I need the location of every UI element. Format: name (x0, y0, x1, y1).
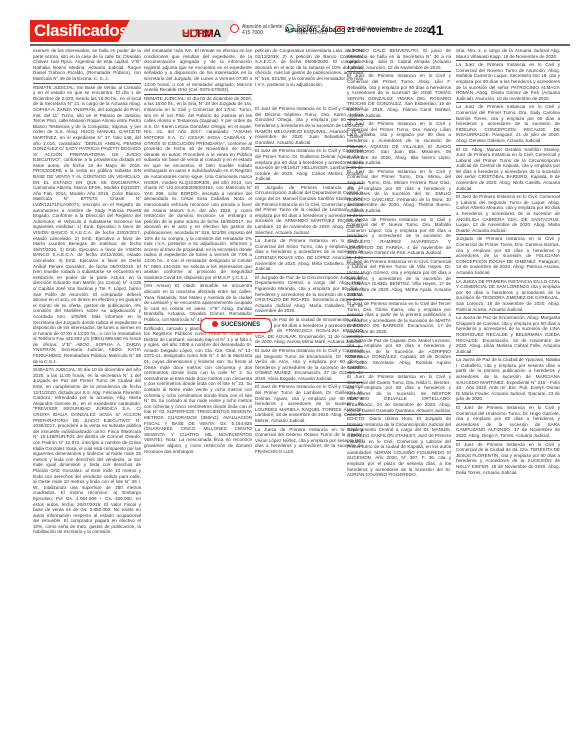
divider (456, 277, 560, 278)
notice: El Dr. Abog. Manuel Geraldo Sanfilón Sta… (456, 147, 560, 192)
divider (456, 234, 560, 235)
notice: El Juez de Primera Instancia en lo Civil… (347, 259, 451, 298)
divider (347, 71, 451, 72)
column-4: ALFONSO CALÓ BENVENUTO. El juicio de ref… (347, 48, 451, 748)
notice: El Juez de Primera Instancia en lo Civil… (347, 374, 451, 413)
notice: El Juez de Primera Instancia en lo Civil… (456, 405, 560, 439)
notice: LA JUEZA DE PRIMERA INSTANCIA EN LO CIVI… (456, 279, 560, 313)
divider (456, 355, 560, 356)
divider (347, 299, 451, 300)
notice: EDICTO: Diario Última Hora. El Juzgado d… (347, 416, 451, 478)
publication-date: Asunción, sábado 21 de noviembre de 2020 (285, 27, 430, 34)
divider (456, 313, 560, 314)
section-title: Clasificados (30, 20, 134, 42)
divider (347, 257, 451, 258)
divider (456, 60, 560, 61)
divider (456, 192, 560, 193)
notice: Juzgado de Primera Instancia en lo Civil… (456, 236, 560, 275)
phone-icon (230, 24, 239, 33)
notice: La Juez de Primera Instancia en lo Civil… (456, 104, 560, 143)
divider (456, 440, 560, 441)
divider (144, 94, 252, 95)
column-1: examen de los interesados, se halla en p… (33, 48, 141, 748)
notice: La Jueza de Primera Instancia en lo Civi… (347, 217, 451, 256)
divider (456, 102, 560, 103)
notice: El Juez de Primera Instancia en lo Civil… (347, 73, 451, 118)
column-2: del rematador más IVA. El remate se efec… (144, 48, 252, 748)
divider (347, 372, 451, 373)
notice: El Juez de Primera Instancia en lo Civil… (456, 442, 560, 476)
notice: La Jueza de Paz de Capiatá, Dra. Mabel L… (347, 338, 451, 372)
section-badge-sucesiones: SUCESIONES (200, 318, 272, 333)
divider (456, 145, 560, 146)
notice: Sria. Nro. 2, a cargo de la Actuaria Jud… (456, 48, 560, 59)
divider (144, 281, 252, 282)
notice: El Juez de Primera Instancia en lo Civil… (347, 169, 451, 214)
notice: El Juez de Primera Instancia en lo Civil… (347, 301, 451, 335)
notice: REMATE JUDICIAL: Sin Base de Venta, al C… (33, 85, 141, 365)
notice: Edificado, cercado y plantado e individu… (144, 326, 252, 455)
notice: ALFONSO CALÓ BENVENUTO. El juicio de ref… (347, 48, 451, 70)
notice: examen de los interesados, se halla en p… (33, 48, 141, 82)
classifieds-page: Clasificados ULTIMAHORA Atención al clie… (0, 0, 580, 756)
notice: (Ver Anexo) El citado inmueble se encuen… (144, 283, 252, 322)
divider (33, 365, 141, 366)
page-number: 41 (428, 22, 444, 38)
divider (347, 336, 451, 337)
divider (347, 215, 451, 216)
notice: La Juez de Primera Instancia en lo Civil… (456, 62, 560, 101)
divider (456, 403, 560, 404)
notice: SUBASTA JUDICIAL: El día 10 de diciembre… (33, 367, 141, 535)
publication-logo: ULTIMAHORA (118, 20, 236, 42)
header-divider (30, 44, 570, 46)
notice: La Jueza de Paz de Encarnación, Abog. Ma… (456, 315, 560, 354)
notice: El Juez de Primera Instancia en lo Civil… (456, 194, 560, 233)
divider (33, 83, 141, 84)
column-5: Sria. Nro. 2, a cargo de la Actuaria Jud… (456, 48, 560, 748)
notice: del rematador más IVA. El remate se efec… (144, 48, 252, 93)
badge-dot-icon (212, 321, 218, 327)
notice: REMATE JUDICIAL: El día 03 de diciembre … (144, 96, 252, 281)
page-header: Clasificados ULTIMAHORA Atención al clie… (30, 20, 570, 42)
divider (347, 167, 451, 168)
notice: La Jueza de Paz de la Ciudad de Ypacaraí… (456, 357, 560, 402)
divider (347, 119, 451, 120)
notice: El Juez de Primera Instancia en lo Civil… (347, 121, 451, 166)
